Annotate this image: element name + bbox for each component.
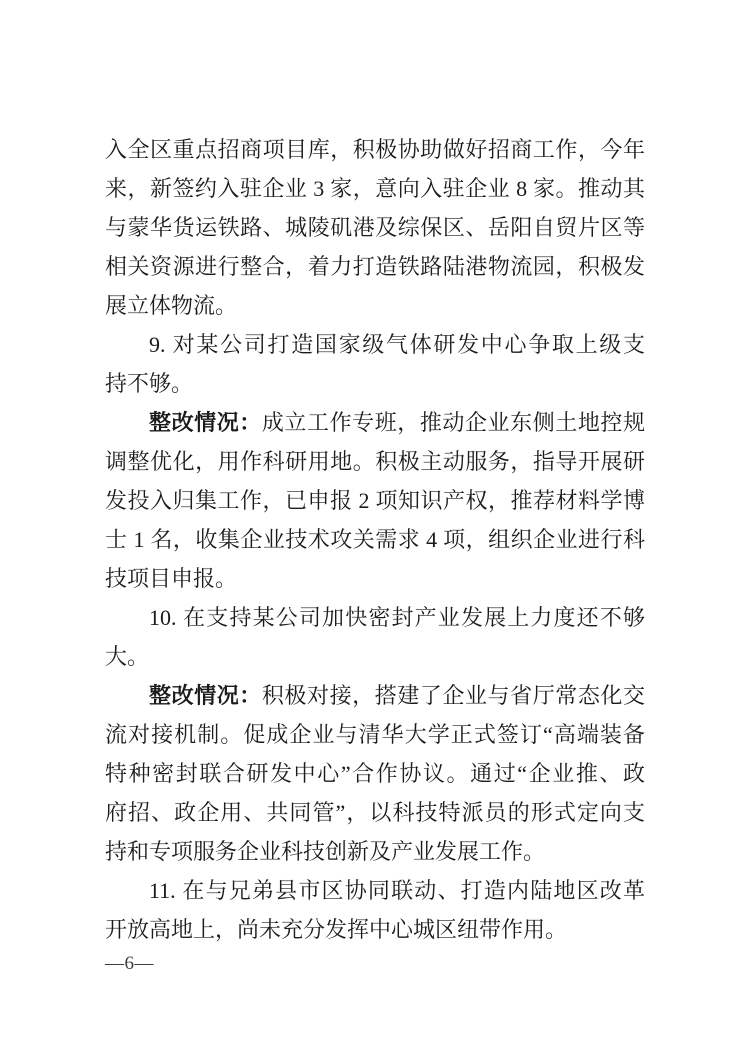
lead-label: 整改情况： bbox=[149, 683, 262, 708]
text-line: 相关资源进行整合，着力打造铁路陆港物流园，积极发 bbox=[105, 247, 645, 286]
paragraph: 10. 在支持某公司加快密封产业发展上力度还不够大。 bbox=[105, 598, 645, 676]
lead-label: 整改情况： bbox=[149, 410, 262, 435]
paragraph: 11. 在与兄弟县市区协同联动、打造内陆地区改革开放高地上，尚未充分发挥中心城区… bbox=[105, 871, 645, 949]
text-line: 来，新签约入驻企业 3 家，意向入驻企业 8 家。推动其 bbox=[105, 169, 645, 208]
text-line: 整改情况：积极对接，搭建了企业与省厅常态化交 bbox=[105, 676, 645, 715]
text-line: 士 1 名，收集企业技术攻关需求 4 项，组织企业进行科 bbox=[105, 520, 645, 559]
text-line: 11. 在与兄弟县市区协同联动、打造内陆地区改革 bbox=[105, 871, 645, 910]
text-line: 入全区重点招商项目库，积极协助做好招商工作，今年 bbox=[105, 130, 645, 169]
paragraph: 入全区重点招商项目库，积极协助做好招商工作，今年来，新签约入驻企业 3 家，意向… bbox=[105, 130, 645, 325]
text-line: 特种密封联合研发中心”合作协议。通过“企业推、政 bbox=[105, 754, 645, 793]
text-body: 入全区重点招商项目库，积极协助做好招商工作，今年来，新签约入驻企业 3 家，意向… bbox=[105, 130, 645, 949]
paragraph: 整改情况：积极对接，搭建了企业与省厅常态化交流对接机制。促成企业与清华大学正式签… bbox=[105, 676, 645, 871]
paragraph: 9. 对某公司打造国家级气体研发中心争取上级支持不够。 bbox=[105, 325, 645, 403]
text-line: 开放高地上，尚未充分发挥中心城区纽带作用。 bbox=[105, 910, 645, 949]
text-line: 技项目申报。 bbox=[105, 559, 645, 598]
text-line: 9. 对某公司打造国家级气体研发中心争取上级支 bbox=[105, 325, 645, 364]
text-line: 与蒙华货运铁路、城陵矶港及综保区、岳阳自贸片区等 bbox=[105, 208, 645, 247]
page-number: —6— bbox=[105, 950, 154, 978]
text-line: 持不够。 bbox=[105, 364, 645, 403]
text-line: 发投入归集工作，已申报 2 项知识产权，推荐材料学博 bbox=[105, 481, 645, 520]
text-line: 流对接机制。促成企业与清华大学正式签订“高端装备 bbox=[105, 715, 645, 754]
text-line: 调整优化，用作科研用地。积极主动服务，指导开展研 bbox=[105, 442, 645, 481]
text-line: 整改情况：成立工作专班，推动企业东侧土地控规 bbox=[105, 403, 645, 442]
text-line: 10. 在支持某公司加快密封产业发展上力度还不够 bbox=[105, 598, 645, 637]
paragraph: 整改情况：成立工作专班，推动企业东侧土地控规调整优化，用作科研用地。积极主动服务… bbox=[105, 403, 645, 598]
document-page: 入全区重点招商项目库，积极协助做好招商工作，今年来，新签约入驻企业 3 家，意向… bbox=[0, 0, 750, 1061]
text-line: 大。 bbox=[105, 637, 645, 676]
text-line: 持和专项服务企业科技创新及产业发展工作。 bbox=[105, 832, 645, 871]
text-line: 展立体物流。 bbox=[105, 286, 645, 325]
text-line: 府招、政企用、共同管”，以科技特派员的形式定向支 bbox=[105, 793, 645, 832]
